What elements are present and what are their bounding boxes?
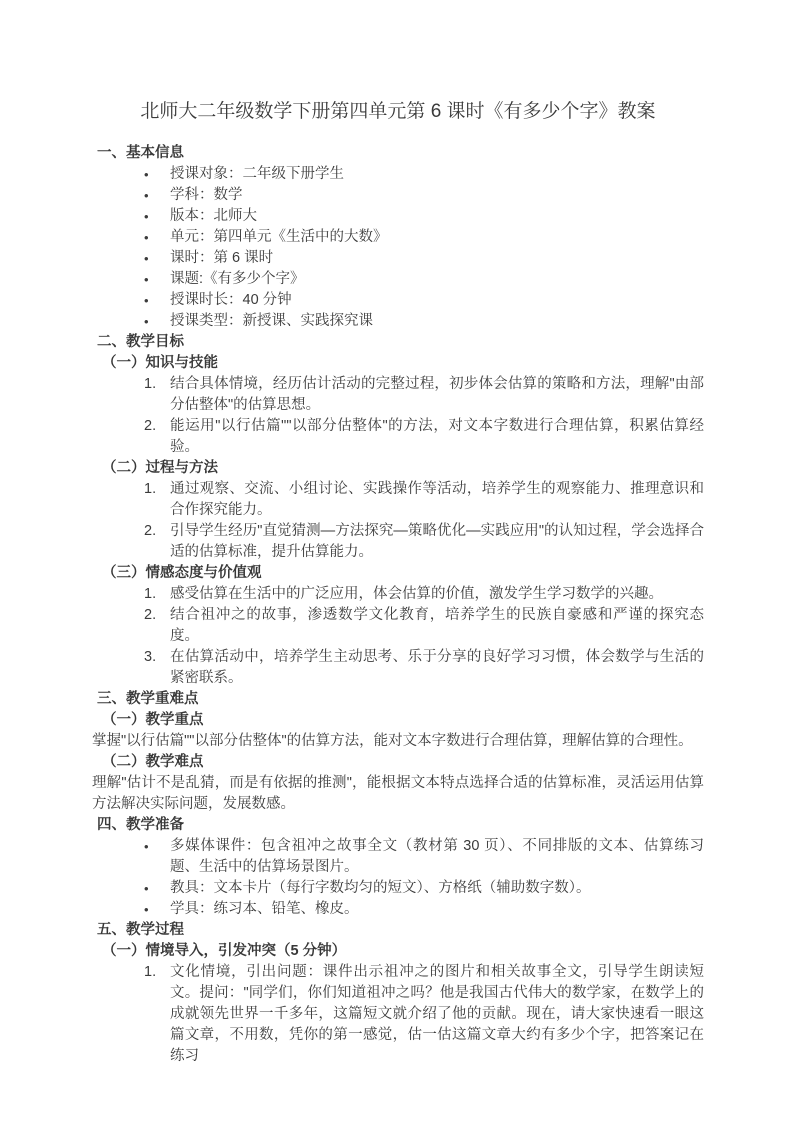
list-item: • 单元：第四单元《生活中的大数》 [92,227,704,248]
subsection-heading-stage-1: （一）情境导入，引发冲突（5 分钟） [102,941,704,962]
list-item: • 版本：北师大 [92,206,704,227]
bullet-marker: • [144,164,170,185]
bullet-marker: • [144,269,170,290]
list-item-text: 授课时长：40 分钟 [170,290,704,311]
list-item: 3. 在估算活动中，培养学生主动思考、乐于分享的良好学习习惯，体会数学与生活的紧… [92,647,704,689]
list-item-text: 教具：文本卡片（每行字数均匀的短文）、方格纸（辅助数字数）。 [170,878,704,899]
list-item: 2. 能运用"以行估篇""以部分估整体"的方法，对文本字数进行合理估算，积累估算… [92,416,704,458]
list-item-text: 学科：数学 [170,185,704,206]
item-number: 1. [144,962,170,983]
list-item-text: 版本：北师大 [170,206,704,227]
list-item: 1. 通过观察、交流、小组讨论、实践操作等活动，培养学生的观察能力、推理意识和合… [92,479,704,521]
bullet-marker: • [144,878,170,899]
list-item: • 课时：第 6 课时 [92,248,704,269]
list-item: • 授课对象：二年级下册学生 [92,164,704,185]
list-item: • 多媒体课件：包含祖冲之故事全文（教材第 30 页）、不同排版的文本、估算练习… [92,836,704,878]
bullet-marker: • [144,899,170,920]
list-item-text: 能运用"以行估篇""以部分估整体"的方法，对文本字数进行合理估算，积累估算经验。 [170,416,704,458]
list-item: • 授课时长：40 分钟 [92,290,704,311]
subsection-heading-process-methods: （二）过程与方法 [102,458,704,479]
list-item: 2. 结合祖冲之的故事，渗透数学文化教育，培养学生的民族自豪感和严谨的探究态度。 [92,605,704,647]
list-item-text: 文化情境，引出问题：课件出示祖冲之的图片和相关故事全文，引导学生朗读短文。提问：… [170,962,704,1067]
difficult-point-paragraph: 理解"估计不是乱猜，而是有依据的推测"，能根据文本特点选择合适的估算标准，灵活运… [92,773,704,815]
list-item: • 授课类型：新授课、实践探究课 [92,311,704,332]
list-item-text: 感受估算在生活中的广泛应用，体会估算的价值，激发学生学习数学的兴趣。 [170,584,704,605]
list-item-text: 引导学生经历"直觉猜测—方法探究—策略优化—实践应用"的认知过程，学会选择合适的… [170,521,704,563]
key-point-paragraph: 掌握"以行估篇""以部分估整体"的估算方法，能对文本字数进行合理估算，理解估算的… [92,731,704,752]
section-heading-teaching-process: 五、教学过程 [97,920,704,941]
list-item-text: 学具：练习本、铅笔、橡皮。 [170,899,704,920]
section-heading-objectives: 二、教学目标 [97,332,704,353]
item-number: 1. [144,479,170,500]
subsection-heading-emotion-values: （三）情感态度与价值观 [102,563,704,584]
list-item-text: 结合具体情境，经历估计活动的完整过程，初步体会估算的策略和方法，理解"由部分估整… [170,374,704,416]
doc-title: 北师大二年级数学下册第四单元第 6 课时《有多少个字》教案 [92,100,704,123]
bullet-marker: • [144,248,170,269]
list-item-text: 单元：第四单元《生活中的大数》 [170,227,704,248]
subsection-heading-key-point: （一）教学重点 [102,710,704,731]
item-number: 2. [144,605,170,626]
section-heading-preparation: 四、教学准备 [97,815,704,836]
item-number: 1. [144,584,170,605]
bullet-marker: • [144,227,170,248]
list-item-text: 多媒体课件：包含祖冲之故事全文（教材第 30 页）、不同排版的文本、估算练习题、… [170,836,704,878]
list-item-text: 授课类型：新授课、实践探究课 [170,311,704,332]
section-heading-key-difficult: 三、教学重难点 [97,689,704,710]
subsection-heading-difficult-point: （二）教学难点 [102,752,704,773]
bullet-marker: • [144,290,170,311]
bullet-marker: • [144,311,170,332]
list-item-text: 课题:《有多少个字》 [170,269,704,290]
bullet-marker: • [144,206,170,227]
item-number: 3. [144,647,170,668]
section-heading-basic-info: 一、基本信息 [97,143,704,164]
item-number: 2. [144,521,170,542]
list-item: • 课题:《有多少个字》 [92,269,704,290]
list-item-text: 课时：第 6 课时 [170,248,704,269]
list-item-text: 在估算活动中，培养学生主动思考、乐于分享的良好学习习惯，体会数学与生活的紧密联系… [170,647,704,689]
list-item: 2. 引导学生经历"直觉猜测—方法探究—策略优化—实践应用"的认知过程，学会选择… [92,521,704,563]
item-number: 2. [144,416,170,437]
list-item: • 教具：文本卡片（每行字数均匀的短文）、方格纸（辅助数字数）。 [92,878,704,899]
subsection-heading-knowledge-skills: （一）知识与技能 [102,353,704,374]
list-item: 1. 文化情境，引出问题：课件出示祖冲之的图片和相关故事全文，引导学生朗读短文。… [92,962,704,1067]
list-item-text: 通过观察、交流、小组讨论、实践操作等活动，培养学生的观察能力、推理意识和合作探究… [170,479,704,521]
list-item: • 学具：练习本、铅笔、橡皮。 [92,899,704,920]
item-number: 1. [144,374,170,395]
list-item: • 学科：数学 [92,185,704,206]
bullet-marker: • [144,836,170,857]
doc-body: 一、基本信息 • 授课对象：二年级下册学生 • 学科：数学 • 版本：北师大 •… [92,143,704,1067]
document-page: 北师大二年级数学下册第四单元第 6 课时《有多少个字》教案 一、基本信息 • 授… [0,0,794,1123]
list-item-text: 授课对象：二年级下册学生 [170,164,704,185]
list-item: 1. 感受估算在生活中的广泛应用，体会估算的价值，激发学生学习数学的兴趣。 [92,584,704,605]
list-item-text: 结合祖冲之的故事，渗透数学文化教育，培养学生的民族自豪感和严谨的探究态度。 [170,605,704,647]
list-item: 1. 结合具体情境，经历估计活动的完整过程，初步体会估算的策略和方法，理解"由部… [92,374,704,416]
bullet-marker: • [144,185,170,206]
